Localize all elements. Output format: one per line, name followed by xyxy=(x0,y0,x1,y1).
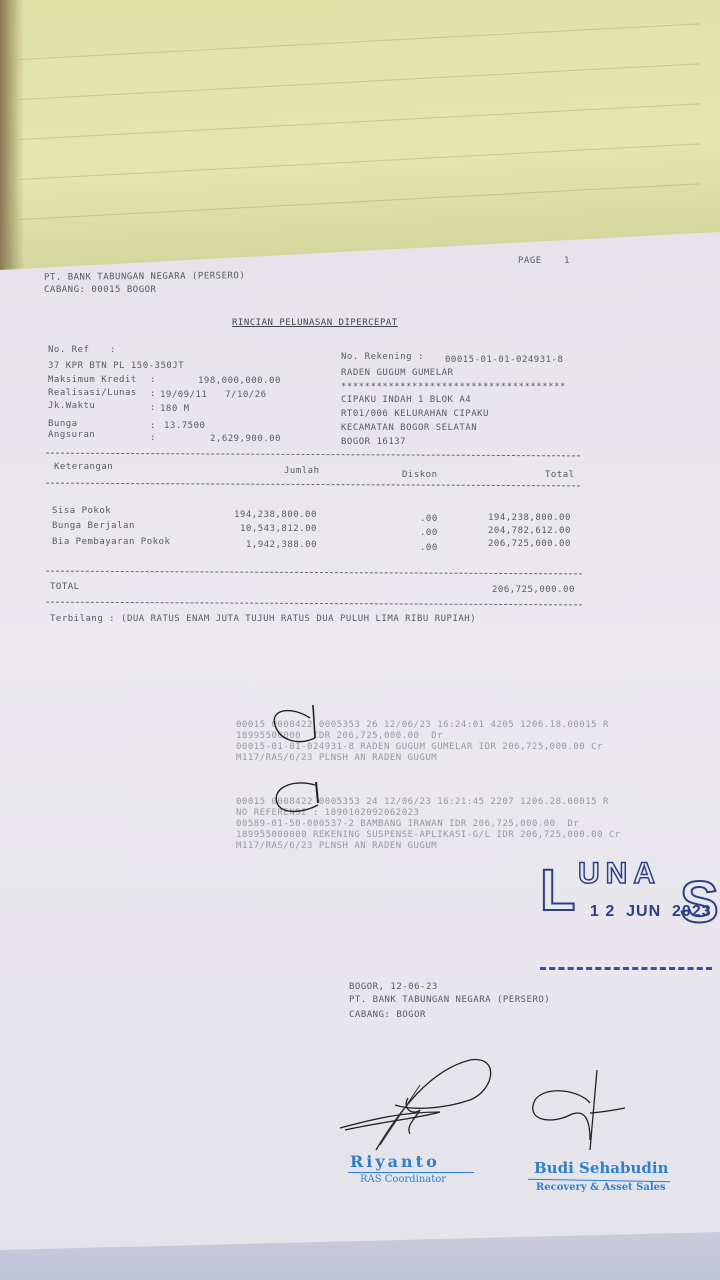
signature-underline xyxy=(348,1172,474,1173)
signatory-role: RAS Coordinator xyxy=(360,1174,446,1185)
signatory-name: Budi Sehabudin xyxy=(534,1159,668,1177)
initial-mark-icon xyxy=(276,783,318,811)
stamp-letter-l: L xyxy=(540,857,575,924)
footer-place-date: BOGOR, 12-06-23 xyxy=(349,982,438,992)
footer-branch: CABANG: BOGOR xyxy=(349,1010,426,1020)
stamp-letters-una: UNA xyxy=(578,857,661,891)
stamp-dashed-line xyxy=(540,967,712,970)
signatory-role: Recovery & Asset Sales xyxy=(536,1182,666,1193)
signature-icon xyxy=(533,1091,590,1140)
footer-bank-name: PT. BANK TABUNGAN NEGARA (PERSERO) xyxy=(349,995,550,1005)
handwritten-marks xyxy=(0,0,720,1280)
signatory-name: Riyanto xyxy=(350,1152,440,1171)
lunas-stamp: L UNA S 1 2 JUN 2023 xyxy=(540,855,715,940)
stamp-date: 1 2 JUN 2023 xyxy=(590,903,712,921)
initial-mark-icon xyxy=(274,711,315,742)
